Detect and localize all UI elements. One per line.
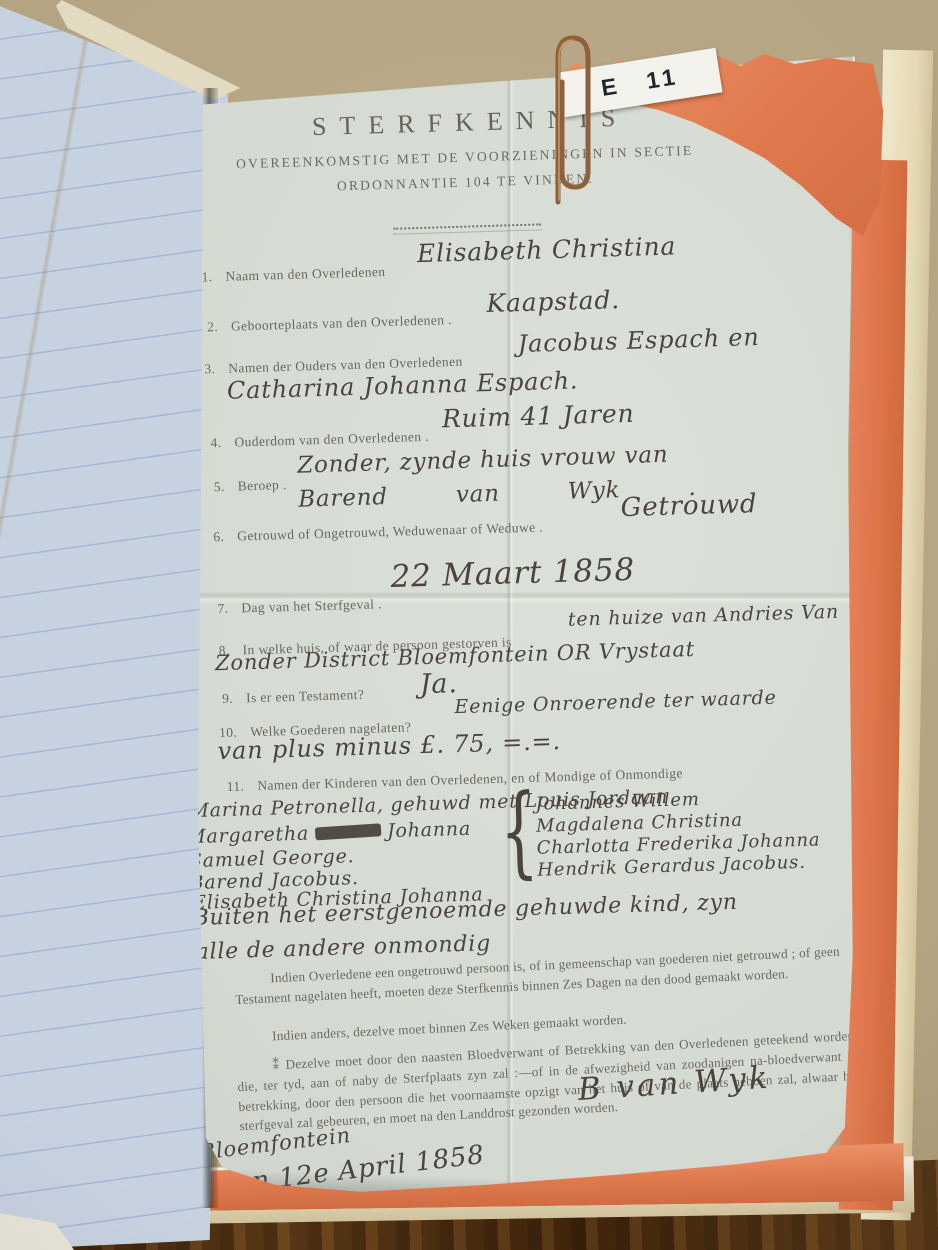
field-label-5: 5.Beroep . [214,477,287,495]
field-answer-1: Elisabeth Christina [417,231,677,268]
document-content: STERFKENNIS OVEREENKOMSTIG MET DE VOORZI… [179,42,873,1203]
field-label-9: 9.Is er een Testament? [222,687,364,707]
field-answer-4: Ruim 41 Jaren [442,399,635,434]
field-answer-7: 22 Maart 1858 [390,552,635,595]
document-page: STERFKENNIS OVEREENKOMSTIG MET DE VOORZI… [196,52,856,1194]
dotted-separator [393,223,541,234]
field-label-7: 7.Dag van het Sterfgeval . [217,596,382,617]
field-answer-8: ten huize van Andries Van [568,601,840,631]
field-label-2: 2.Geboorteplaats van den Overledenen . [207,312,452,335]
photo-of-death-notice-document: STERFKENNIS OVEREENKOMSTIG MET DE VOORZI… [0,0,938,1250]
field-label-6: 6.Getrouwd of Ongetrouwd, Weduwenaar of … [213,519,543,545]
children-left-row-strike: MargarethaJohanna [186,818,471,848]
paperclip-icon [544,26,600,208]
ink-scribble [315,823,382,840]
children-brace: { [499,782,539,883]
field-answer-10: Eenige Onroerende ter waarde [454,687,777,719]
field-answer-3: Jacobus Espach en [517,323,760,358]
blue-lined-book-page [0,0,228,1250]
field-answer-9: Ja. [419,668,458,700]
field-label-4: 4.Ouderdom van den Overledenen . [210,429,429,451]
field-label-1: 1.Naam van den Overledenen [201,264,385,285]
field-answer-2: Kaapstad. [486,285,620,318]
note-3-marker: ⁑ [272,1057,281,1072]
field-answer-6: Getrouwd [620,489,758,523]
field-answer-5: Zonder, zynde huis vrouw van [297,442,669,479]
